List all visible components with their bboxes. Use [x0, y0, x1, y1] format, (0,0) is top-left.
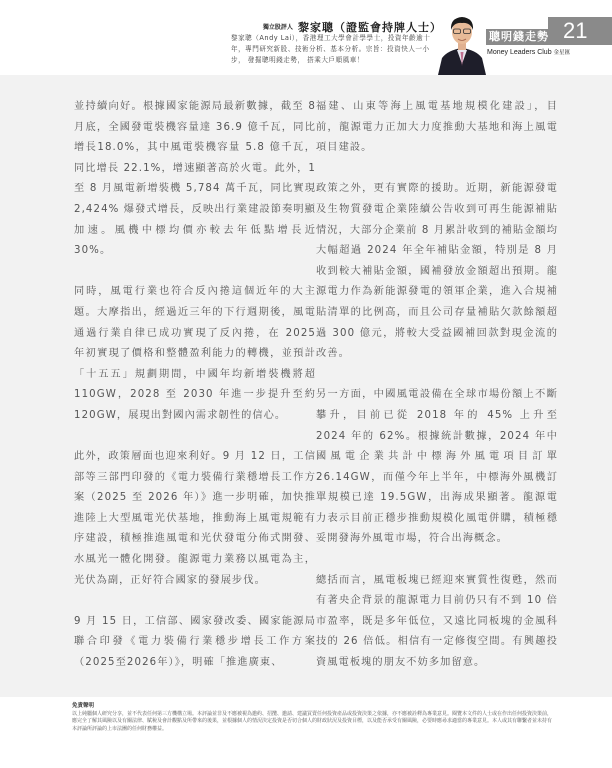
disclaimer-title: 免責聲明 — [72, 703, 552, 711]
author-photo — [436, 12, 488, 75]
author-bio: 黎家聰（Andy Lai），香港理工大學會計學學士，投資年齡逾十年，專門研究新股… — [231, 33, 441, 66]
paragraph: 9 月 15 日，工信部、國家發改委、國家能源局聯合印發《電力裝備行業穩步增長工… — [74, 612, 316, 674]
portrait-icon — [436, 12, 488, 75]
page-header: 獨立股評人 黎家聰（證監會持牌人士） 黎家聰（Andy Lai），香港理工大學會… — [0, 0, 612, 75]
club-name: Money Leaders Club 金星匯 — [487, 48, 570, 56]
page-number: 21 — [563, 17, 587, 45]
paragraph: 此外，政策層面也迎來利好。9 月 12 日，工信部等三部門印發的《電力裝備行業穩… — [74, 447, 316, 591]
paragraph: 另一方面，中國風電設備在全球市場份額上不斷攀升，目前已從 2018 年的 45%… — [316, 385, 558, 550]
paragraph: 同時，風電行業也符合反內捲這個近年的大主題。大摩指出，經過近三年的下行週期後，風… — [74, 282, 316, 426]
club-name-en: Money Leaders Club — [487, 49, 552, 56]
paragraph: 並持續向好。根據國家能源局最新數據，截至 8 月底，全國發電裝機容量達 36.9… — [74, 97, 316, 262]
disclaimer-text: 以上純屬個人研究分享，並不代表任何第三方機構立場。本評論並非及不應被視為邀約、招… — [72, 711, 552, 734]
disclaimer: 免責聲明 以上純屬個人研究分享，並不代表任何第三方機構立場。本評論並非及不應被視… — [72, 703, 552, 733]
paragraph: 總括而言，風電板塊已經迎來實質性復甦，然而有著央企背景的龍源電力目前仍只有不到 … — [316, 571, 558, 674]
paragraph: 福建、山東等海上風電基地規模化建設」，目前，龍源電力正加大力度推動大基地和海上風… — [316, 97, 558, 159]
article-column-right: 福建、山東等海上風電基地規模化建設」，目前，龍源電力正加大力度推動大基地和海上風… — [316, 97, 558, 694]
author-role: 獨立股評人 — [263, 24, 293, 31]
club-name-zh: 金星匯 — [554, 50, 571, 56]
paragraph: 政策之外，更有實際的援助。近期，新能源發電及生物質發電企業陸續公告收到可再生能源… — [316, 179, 558, 364]
article-body: 並持續向好。根據國家能源局最新數據，截至 8 月底，全國發電裝機容量達 36.9… — [0, 75, 612, 697]
column-title: 聰明錢走勢 — [486, 29, 552, 45]
article-column-left: 並持續向好。根據國家能源局最新數據，截至 8 月底，全國發電裝機容量達 36.9… — [74, 97, 316, 694]
